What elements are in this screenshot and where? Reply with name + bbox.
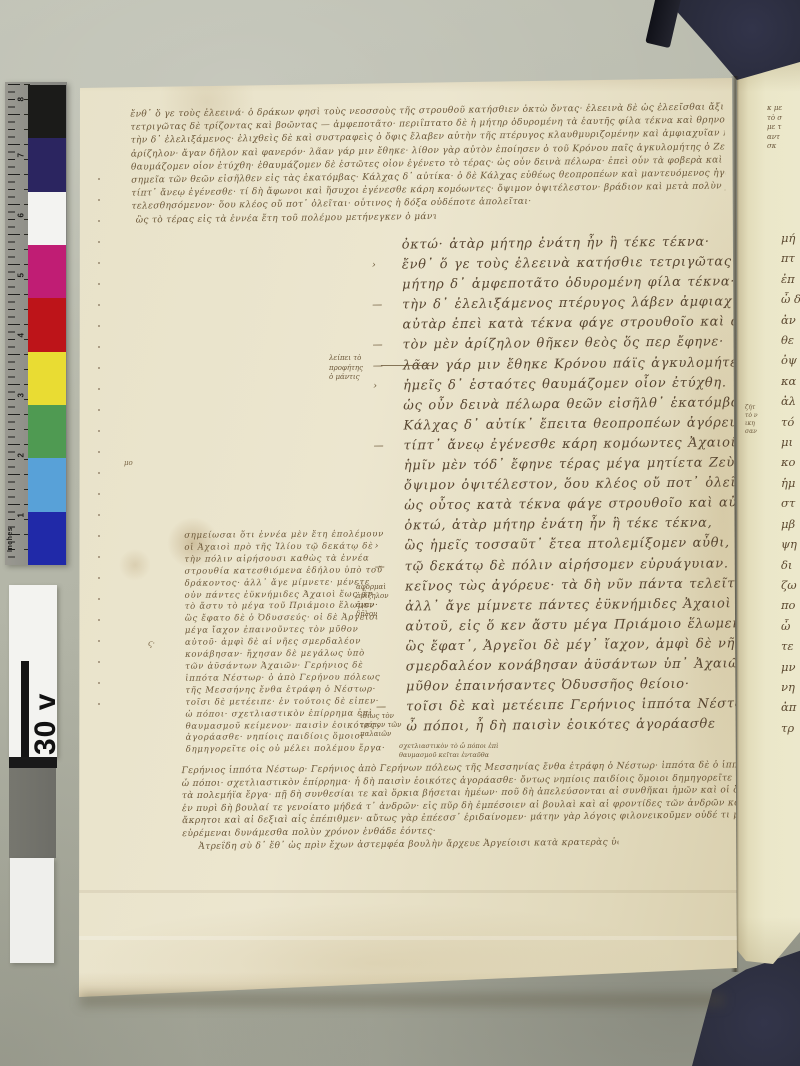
interlinear-note: σχετλιαστικὸν τὸ ὦ πόποι ἐπὶθαυμασμοῦ κε… (399, 742, 574, 759)
scholia-bottom-block: Γερήνιος ἱππότα Νέστωρ· Γερήνιος ἀπὸ Γερ… (182, 759, 775, 853)
bookmark-strap (645, 0, 682, 48)
page-shadow (80, 993, 725, 1007)
pricking-hole (98, 598, 100, 600)
margin-note-with-pointer: λείπει τὸπροφήτηςὁ μάντις (329, 354, 395, 383)
facing-page-scholia-fragments: κ μετὸ σμε ταντσκ (767, 104, 800, 152)
scholia-top-block: ἔνθ᾽ ὅ γε τοὺς ἐλεεινά· ὁ δράκων φησὶ το… (130, 101, 725, 227)
digitization-photograph: κ μετὸ σμε ταντσκ μήπτἐπὦ δἀνθεὀψκαἀλτόμ… (0, 0, 800, 1066)
pricking-hole (98, 703, 100, 705)
margin-note-low: ἰδίως τὸντρόπον τῶνπαλαιῶν (360, 712, 418, 739)
pricking-hole (98, 367, 100, 369)
facing-page-text-fragments: μήπτἐπὦ δἀνθεὀψκαἀλτόμικοἡμστμβψηδιζωποὦ… (781, 228, 800, 748)
pricking-hole (98, 661, 100, 663)
pricking-hole (98, 451, 100, 453)
manuscript-page: ἔνθ᾽ ὅ γε τοὺς ἐλεεινά· ὁ δράκων φησὶ το… (77, 78, 737, 998)
pricking-hole (98, 409, 100, 411)
facing-page-edge: κ μετὸ σμε ταντσκ μήπτἐπὦ δἀνθεὀψκαἀλτόμ… (737, 62, 800, 977)
pricking-hole (98, 325, 100, 327)
pricking-hole (98, 304, 100, 306)
facing-page-margin-note: ζήττὸ νικησαν (745, 404, 779, 436)
pricking-hole (98, 619, 100, 621)
edge-glyph: μο (124, 459, 133, 467)
parchment-fold-line (77, 890, 737, 893)
ruler-unit-label: Inches (7, 527, 14, 552)
label-gray-band (9, 768, 56, 858)
color-patch-white (28, 192, 66, 245)
folio-label-strip: 30 v (9, 585, 57, 963)
pricking-hole (98, 388, 100, 390)
label-white-band-bottom (10, 858, 54, 963)
pricking-hole (98, 640, 100, 642)
pricking-hole (98, 535, 100, 537)
pricking-hole (98, 493, 100, 495)
color-checker (28, 85, 66, 565)
main-text-block: ὀκτώ· ἀτὰρ μήτηρ ἐνάτη ἦν ἣ τέκε τέκνα·›… (387, 232, 737, 738)
pricking-hole (98, 514, 100, 516)
color-patch-green (28, 405, 66, 458)
pricking-hole (98, 199, 100, 201)
color-patch-dark-blue (28, 512, 66, 565)
pricking-hole (98, 556, 100, 558)
pricking-hole (98, 220, 100, 222)
label-black-bar (21, 661, 29, 757)
margin-note-mid: ἀφορμαὶἀρίζηλονἄγανδῆλον (356, 583, 404, 619)
pricking-hole (98, 241, 100, 243)
label-black-band (9, 757, 57, 768)
pricking-hole (98, 682, 100, 684)
edge-glyph: ϛ· (148, 639, 155, 648)
pricking-hole (98, 262, 100, 264)
pricking-hole (98, 577, 100, 579)
pricking-hole (98, 430, 100, 432)
color-patch-dark-violet (28, 138, 66, 191)
pricking-hole (98, 346, 100, 348)
color-patch-magenta (28, 245, 66, 298)
pricking-hole (98, 178, 100, 180)
color-patch-light-blue (28, 458, 66, 511)
folio-number-label: 30 v (29, 645, 63, 755)
parchment-fold-highlight (77, 936, 737, 940)
pricking-hole (98, 472, 100, 474)
color-patch-red (28, 298, 66, 351)
color-patch-black (28, 85, 66, 138)
pricking-hole (98, 283, 100, 285)
color-patch-yellow (28, 352, 66, 405)
